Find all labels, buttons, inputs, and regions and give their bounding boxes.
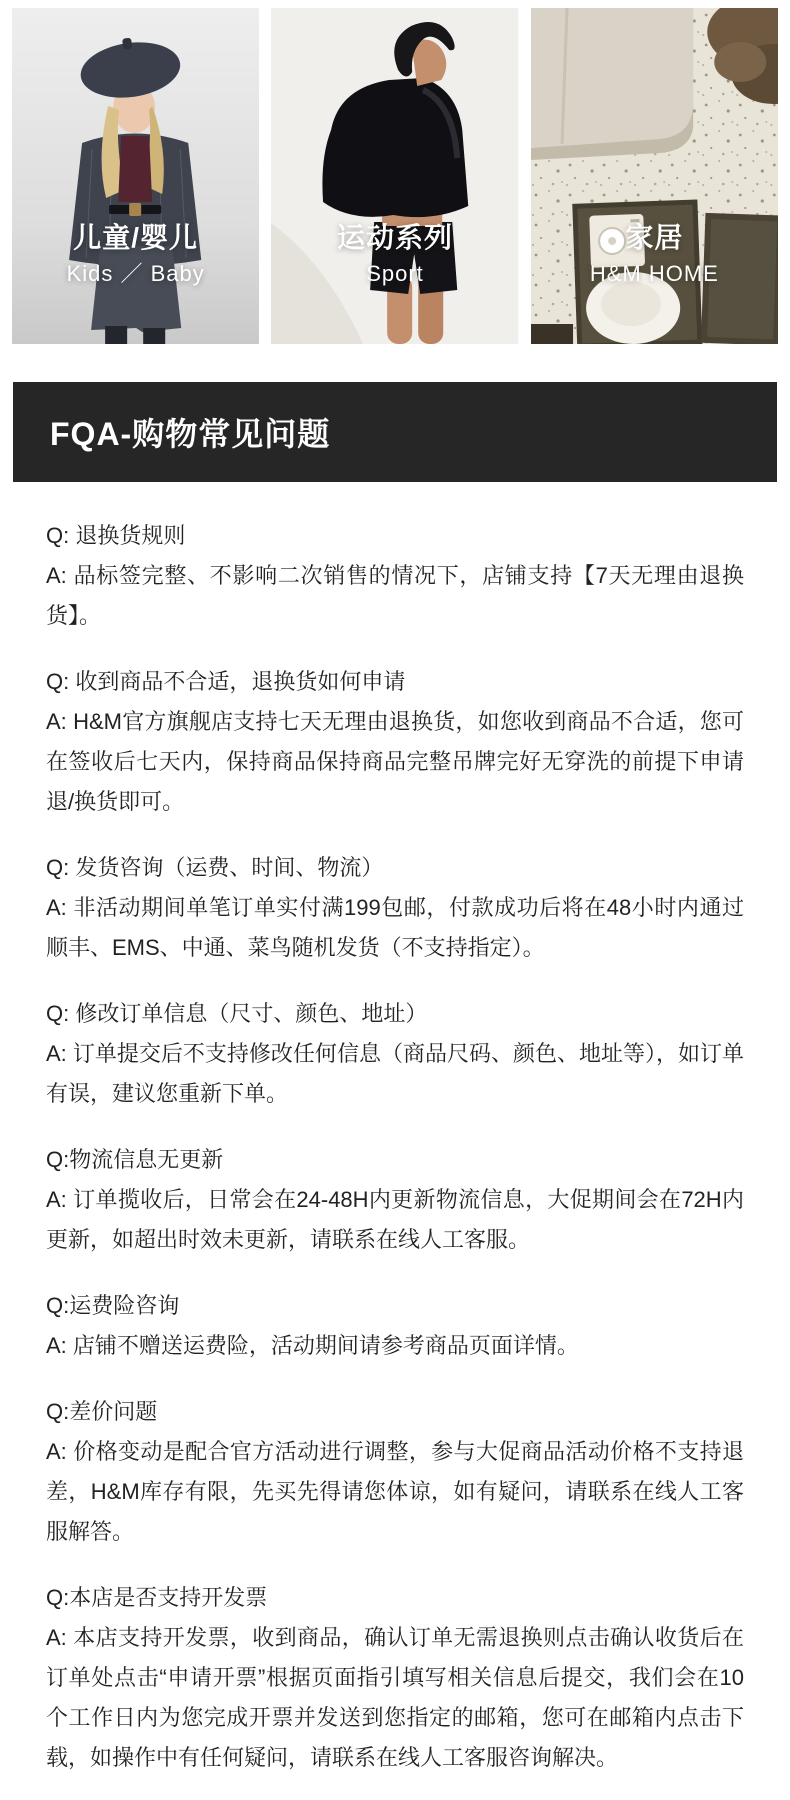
faq-item: Q:差价问题 A: 价格变动是配合官方活动进行调整，参与大促商品活动价格不支持退…	[46, 1392, 744, 1552]
faq-item: Q: 收到商品不合适，退换货如何申请 A: H&M官方旗舰店支持七天无理由退换货…	[46, 662, 744, 822]
leg-left-shape	[105, 326, 127, 344]
faq-title: FQA-购物常见问题	[50, 409, 330, 455]
faq-answer: A: H&M官方旗舰店支持七天无理由退换货，如您收到商品不合适，您可在签收后七天…	[46, 702, 744, 822]
belt-buckle-shape	[129, 203, 141, 216]
faq-question: Q:本店是否支持开发票	[46, 1578, 744, 1618]
faq-answer: A: 非活动期间单笔订单实付满199包邮，付款成功后将在48小时内通过顺丰、EM…	[46, 888, 744, 968]
faq-question: Q: 发货咨询（运费、时间、物流）	[46, 848, 744, 888]
plate-inner-shape	[601, 282, 661, 326]
burgundy-shirt-shape	[118, 136, 152, 202]
sport-photo	[271, 8, 518, 344]
faq-item: Q: 发货咨询（运费、时间、物流） A: 非活动期间单笔订单实付满199包邮，付…	[46, 848, 744, 968]
faq-item: Q:运费险咨询 A: 店铺不赠送运费险，活动期间请参考商品页面详情。	[46, 1286, 744, 1366]
leg-right-shape	[143, 328, 165, 344]
faq-question: Q: 修改订单信息（尺寸、颜色、地址）	[46, 994, 744, 1034]
faq-question: Q:物流信息无更新	[46, 1140, 744, 1180]
category-row: 儿童/婴儿 Kids ／ Baby 运动系列 Sport	[12, 8, 778, 344]
dark-frame-shape	[531, 324, 573, 344]
faq-answer: A: 店铺不赠送运费险，活动期间请参考商品页面详情。	[46, 1326, 744, 1366]
home-photo	[531, 8, 778, 344]
faq-list: Q: 退换货规则 A: 品标签完整、不影响二次销售的情况下，店铺支持【7天无理由…	[0, 482, 790, 1778]
faq-answer: A: 价格变动是配合官方活动进行调整，参与大促商品活动价格不支持退差，H&M库存…	[46, 1432, 744, 1552]
category-card-kids-baby[interactable]: 儿童/婴儿 Kids ／ Baby	[12, 8, 259, 344]
faq-question: Q: 退换货规则	[46, 516, 744, 556]
faq-question: Q:差价问题	[46, 1392, 744, 1432]
shorts-shape	[91, 246, 181, 332]
right-tray-shape	[701, 213, 778, 344]
kids-baby-photo	[12, 8, 259, 344]
faq-banner: FQA-购物常见问题	[13, 382, 777, 482]
sofa-cushion-shape	[531, 8, 693, 148]
faq-answer: A: 本店支持开发票，收到商品，确认订单无需退换则点击确认收货后在订单处点击“申…	[46, 1618, 744, 1778]
category-card-home[interactable]: 家居 H&M HOME	[531, 8, 778, 344]
thermostat-gadget-shape	[589, 214, 645, 268]
faq-item: Q: 退换货规则 A: 品标签完整、不影响二次销售的情况下，店铺支持【7天无理由…	[46, 516, 744, 636]
faq-answer: A: 订单揽收后，日常会在24-48H内更新物流信息，大促期间会在72H内更新，…	[46, 1180, 744, 1260]
faq-item: Q: 修改订单信息（尺寸、颜色、地址） A: 订单提交后不支持修改任何信息（商品…	[46, 994, 744, 1114]
faq-answer: A: 订单提交后不支持修改任何信息（商品尺码、颜色、地址等），如订单有误，建议您…	[46, 1034, 744, 1114]
faq-question: Q: 收到商品不合适，退换货如何申请	[46, 662, 744, 702]
faq-item: Q:物流信息无更新 A: 订单揽收后，日常会在24-48H内更新物流信息，大促期…	[46, 1140, 744, 1260]
faq-question: Q:运费险咨询	[46, 1286, 744, 1326]
category-card-sport[interactable]: 运动系列 Sport	[271, 8, 518, 344]
faq-item: Q:本店是否支持开发票 A: 本店支持开发票，收到商品，确认订单无需退换则点击确…	[46, 1578, 744, 1778]
faq-answer: A: 品标签完整、不影响二次销售的情况下，店铺支持【7天无理由退换货】。	[46, 556, 744, 636]
